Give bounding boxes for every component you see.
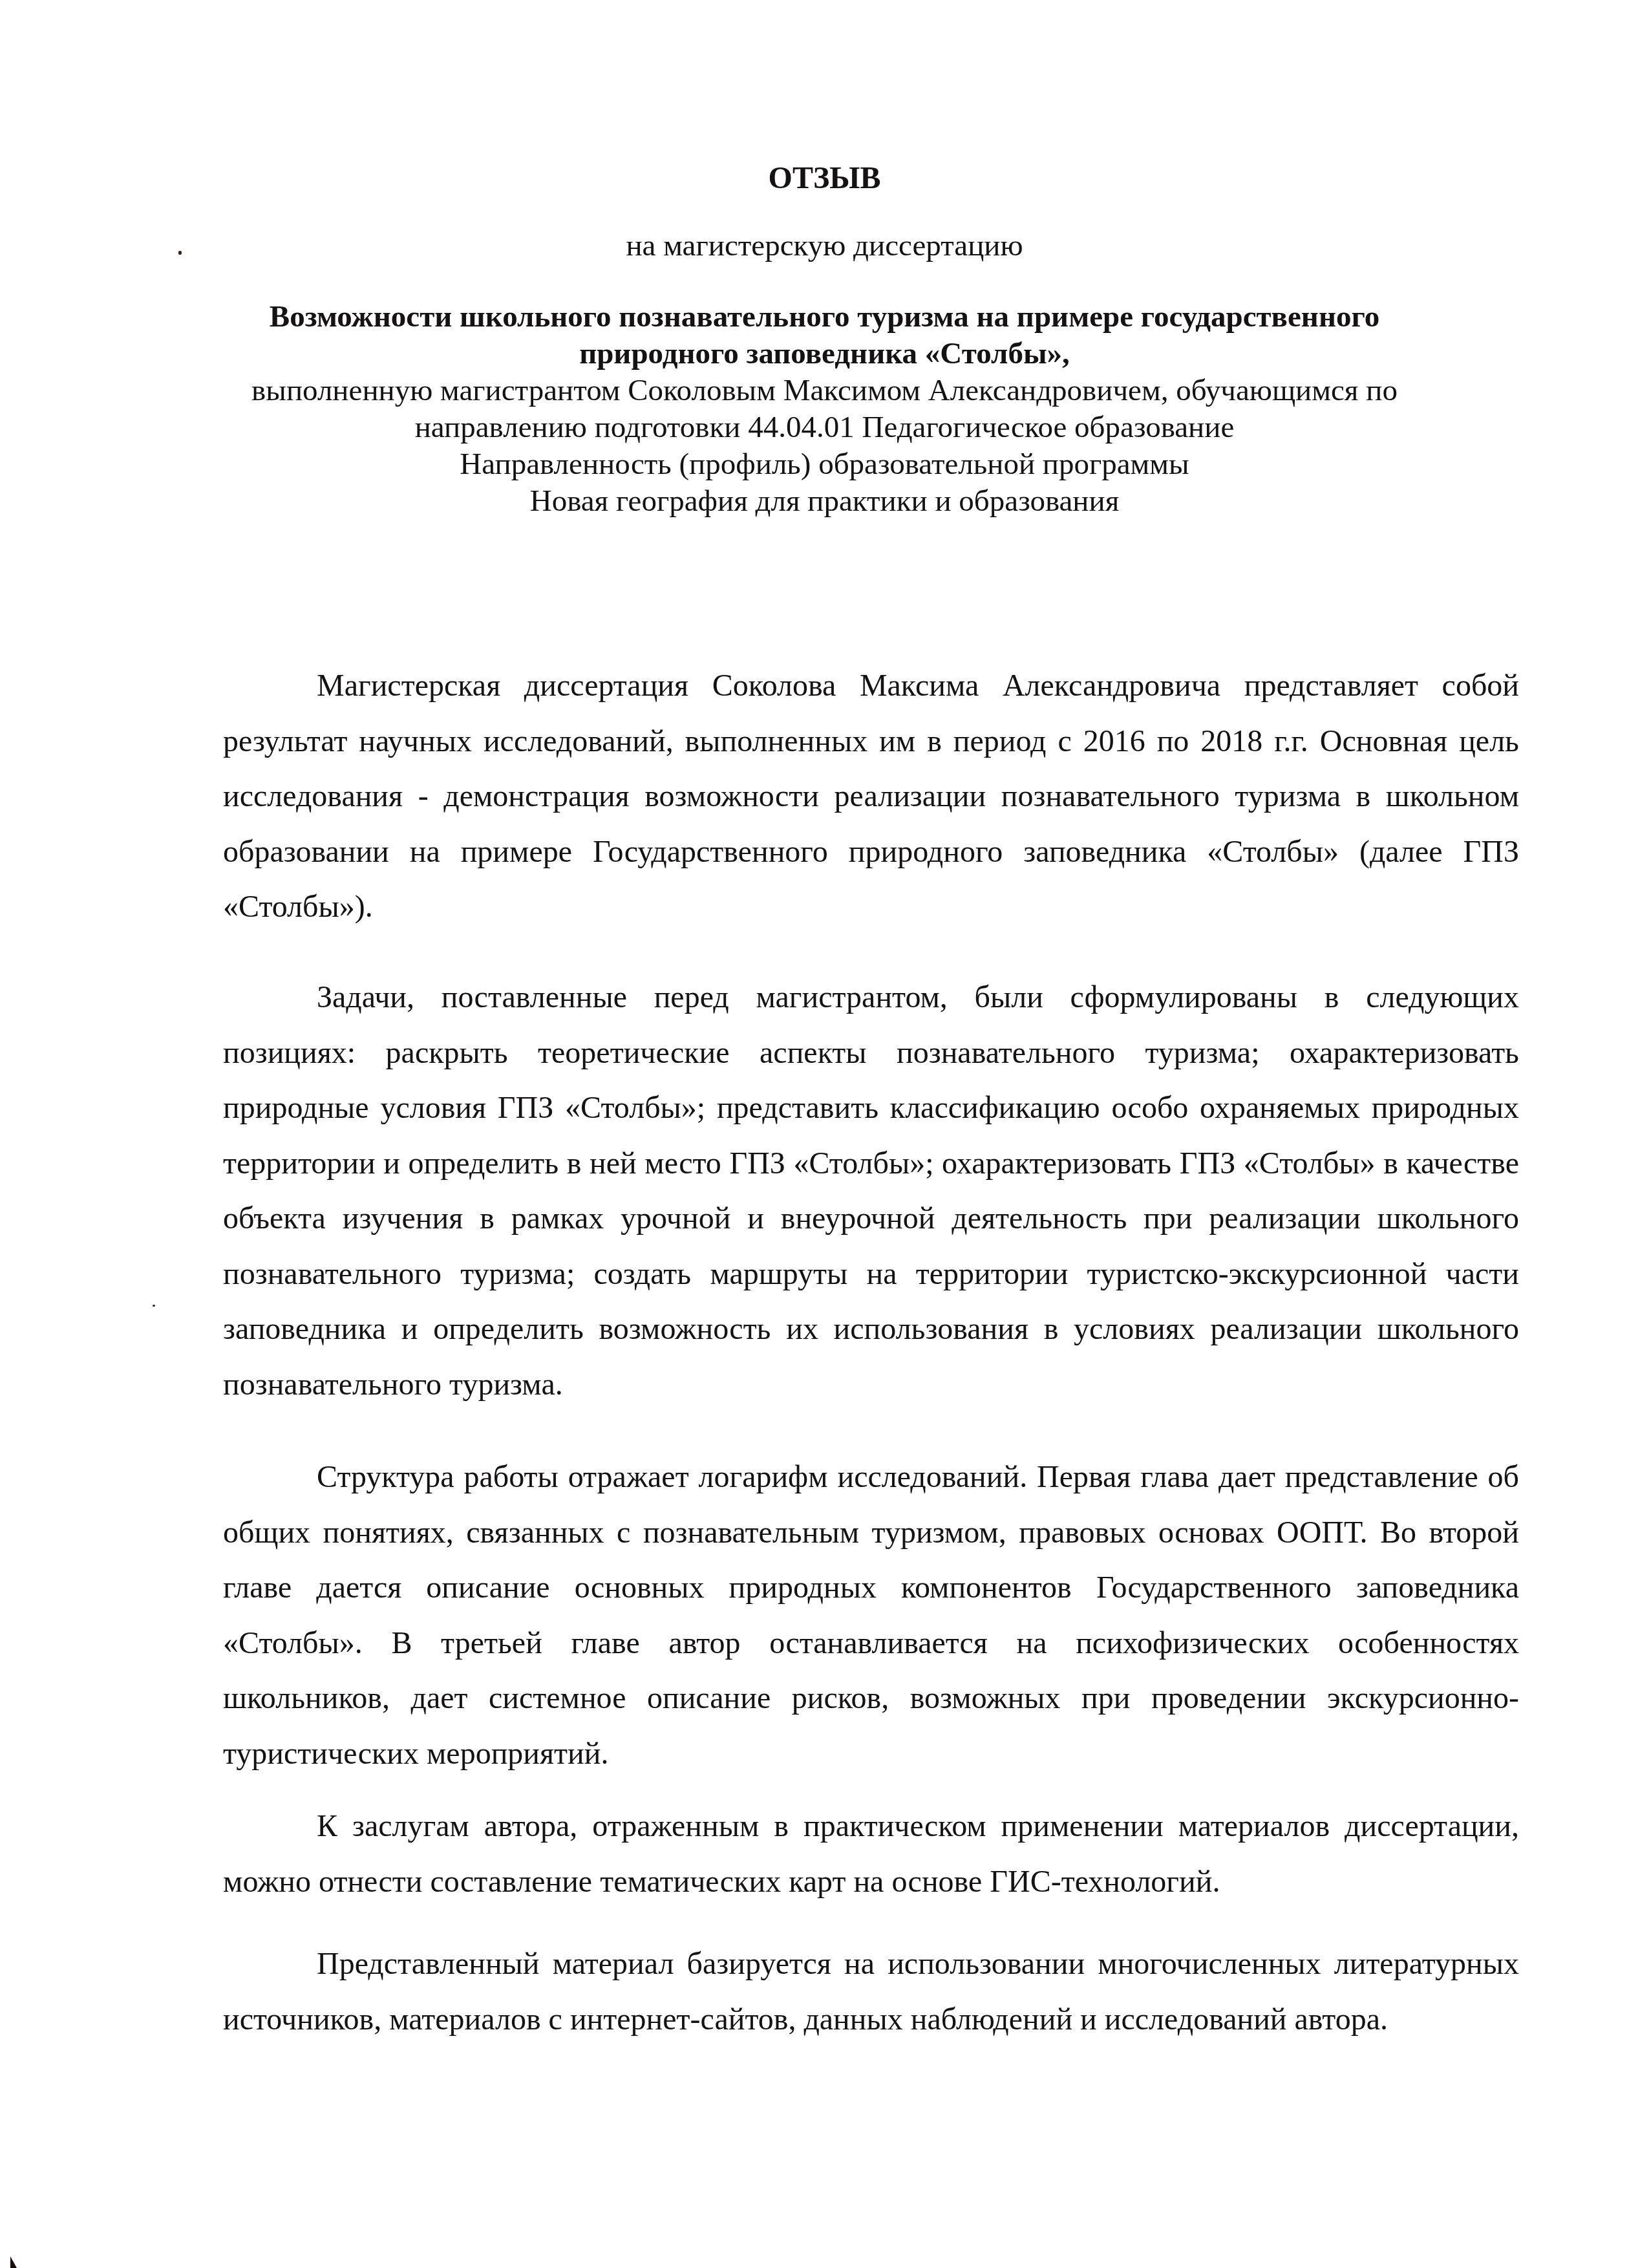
- document-page: ОТЗЫВ на магистерскую диссертацию Возмож…: [0, 0, 1649, 2268]
- scan-speck: [178, 251, 182, 255]
- paragraph-merits: К заслугам автора, отраженным в практиче…: [223, 1799, 1519, 1909]
- paragraph-intro: Магистерская диссертация Соколова Максим…: [223, 658, 1519, 935]
- paragraph-tasks: Задачи, поставленные перед магистрантом,…: [223, 970, 1519, 1412]
- document-title: ОТЗЫВ: [0, 160, 1649, 197]
- author-line-1: выполненную магистрантом Соколовым Макси…: [0, 372, 1649, 409]
- author-line-2: направлению подготовки 44.04.01 Педагоги…: [0, 409, 1649, 446]
- thesis-title-line-1: Возможности школьного познавательного ту…: [0, 299, 1649, 336]
- author-line-4: Новая география для практики и образован…: [0, 483, 1649, 520]
- scan-speck: [153, 1305, 155, 1307]
- scan-corner-mark: [10, 2256, 17, 2268]
- paragraph-structure: Структура работы отражает логарифм иссле…: [223, 1450, 1519, 1781]
- thesis-title-line-2: природного заповедника «Столбы»,: [0, 336, 1649, 372]
- author-line-3: Направленность (профиль) образовательной…: [0, 446, 1649, 483]
- document-subtitle: на магистерскую диссертацию: [0, 228, 1649, 264]
- paragraph-sources: Представленный материал базируется на ис…: [223, 1936, 1519, 2047]
